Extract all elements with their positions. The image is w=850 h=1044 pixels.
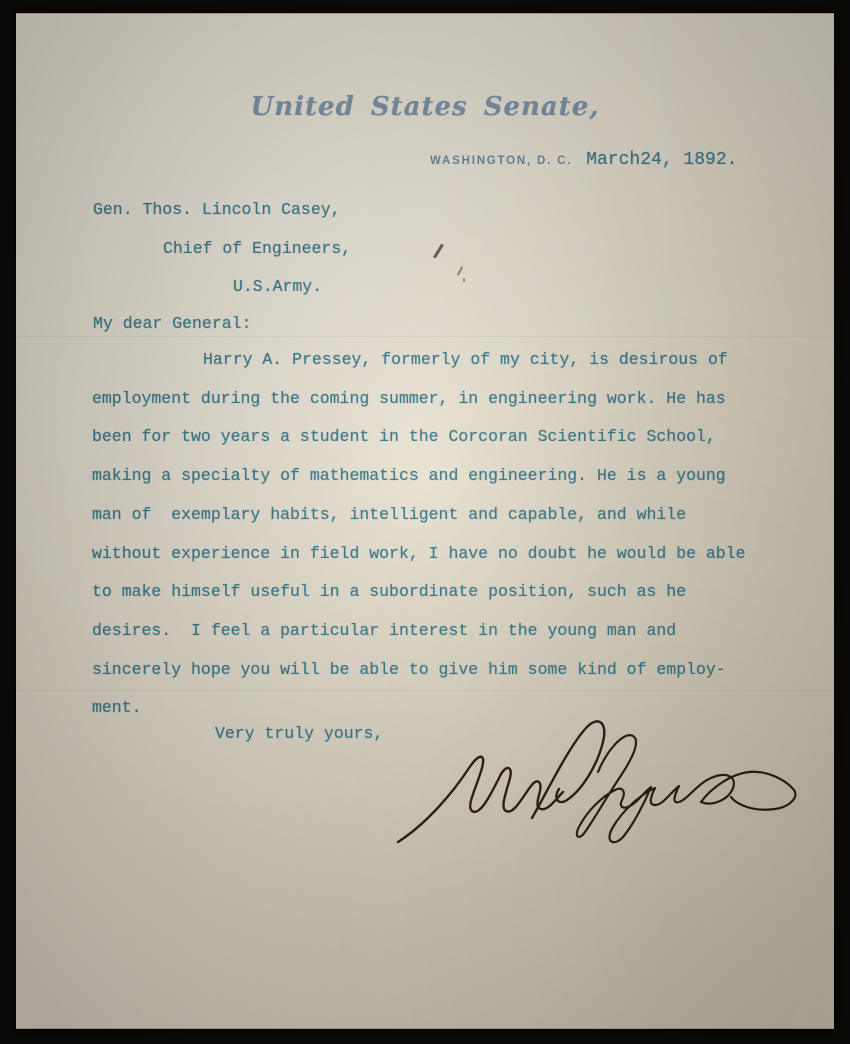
signature (392, 714, 802, 849)
fold-crease (16, 336, 834, 338)
recipient-title: Chief of Engineers, (163, 239, 351, 258)
body-line: desires. I feel a particular interest in… (92, 612, 772, 651)
body-line: employment during the coming summer, in … (92, 380, 772, 419)
body-line: to make himself useful in a subordinate … (92, 573, 772, 612)
dateline: WASHINGTON, D. C. March24, 1892. (430, 150, 737, 170)
ink-speck (457, 266, 463, 276)
recipient-name: Gen. Thos. Lincoln Casey, (93, 200, 341, 219)
letter-date: March24, 1892. (586, 150, 737, 170)
recipient-org: U.S.Army. (233, 277, 322, 296)
letterhead-place: WASHINGTON, D. C. (430, 155, 572, 167)
salutation: My dear General: (93, 314, 251, 333)
letterhead-title: United States Senate, (16, 92, 834, 122)
body-line: without experience in field work, I have… (92, 535, 772, 574)
ink-speck (463, 278, 465, 282)
body-line: Harry A. Pressey, formerly of my city, i… (92, 341, 772, 380)
letter-body: Harry A. Pressey, formerly of my city, i… (92, 341, 772, 728)
letter-paper: United States Senate, WASHINGTON, D. C. … (16, 13, 834, 1029)
signature-ink-icon (392, 714, 802, 849)
body-line: been for two years a student in the Corc… (92, 418, 772, 457)
body-line: man of exemplary habits, intelligent and… (92, 496, 772, 535)
closing-valediction: Very truly yours, (215, 724, 383, 743)
scanned-letter: United States Senate, WASHINGTON, D. C. … (0, 0, 850, 1044)
ink-speck (433, 243, 444, 258)
body-line: sincerely hope you will be able to give … (92, 651, 772, 690)
body-line: making a specialty of mathematics and en… (92, 457, 772, 496)
